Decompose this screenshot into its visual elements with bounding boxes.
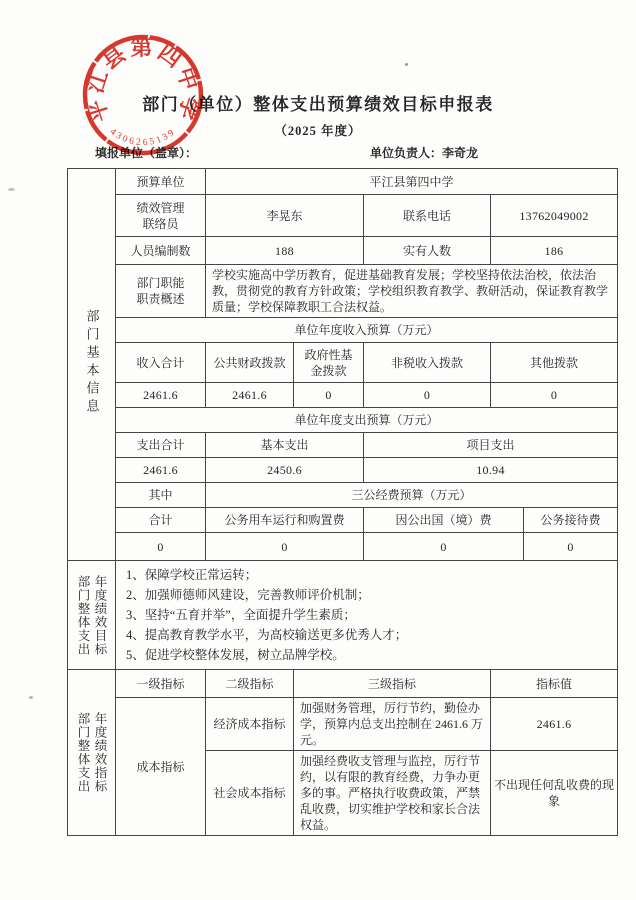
year-subtitle: （2025 年度） xyxy=(0,121,636,139)
phone-value: 13762049002 xyxy=(491,195,618,237)
scan-speck xyxy=(29,696,33,699)
sangong-section-header: 三公经费预算（万元） xyxy=(206,483,618,508)
goal-item: 3、坚持“五育并举”，全面提升学生素质； xyxy=(126,605,607,625)
goals-list: 1、保障学校正常运转； 2、加强师德师风建设，完善教师评价机制； 3、坚持“五育… xyxy=(116,561,618,670)
scan-speck xyxy=(405,63,408,66)
indicator-header-level3: 三级指标 xyxy=(294,670,491,698)
goals-label-line2: 年度绩效目标 xyxy=(92,575,108,656)
duty-label: 部门职能 职责概述 xyxy=(116,265,206,318)
expense-value-basic: 2450.6 xyxy=(206,458,364,483)
sangong-value-reception: 0 xyxy=(524,533,618,561)
sangong-col-abroad: 因公出国（境）费 xyxy=(364,508,524,533)
goal-item: 5、促进学校整体发展，树立品牌学校。 xyxy=(126,645,607,665)
budget-unit-value: 平江县第四中学 xyxy=(206,169,618,195)
expense-col-basic: 基本支出 xyxy=(206,433,364,458)
staff-actual-value: 186 xyxy=(491,237,618,265)
indicator-header-level2: 二级指标 xyxy=(206,670,294,698)
indicators-label-line1: 部门整体支出 xyxy=(75,712,91,793)
document-page: 部门（单位）整体支出预算绩效目标申报表 （2025 年度） 填报单位（盖章）： … xyxy=(0,0,636,900)
income-section-header: 单位年度收入预算（万元） xyxy=(116,318,618,343)
expense-col-project: 项目支出 xyxy=(364,433,618,458)
sangong-value-vehicle: 0 xyxy=(206,533,364,561)
income-value-public-finance: 2461.6 xyxy=(206,383,294,408)
indicator-header-value: 指标值 xyxy=(491,670,618,698)
section-annual-indicators: 部门整体支出 年度绩效指标 xyxy=(68,670,116,836)
sangong-col-vehicle: 公务用车运行和购置费 xyxy=(206,508,364,533)
section-basic-info-label: 部门基本信息 xyxy=(84,309,100,417)
duty-text: 学校实施高中学历教育，促进基础教育发展；学校坚持依法治校，依法治教，贯彻党的教育… xyxy=(206,265,618,318)
sangong-value-total: 0 xyxy=(116,533,206,561)
unit-leader-label: 单位负责人：李奇龙 xyxy=(370,144,478,161)
declaration-table: 部门基本信息 预算单位 平江县第四中学 绩效管理 联络员 李晃东 联系电话 13… xyxy=(67,168,618,836)
staff-quota-label: 人员编制数 xyxy=(116,237,206,265)
goals-label-line1: 部门整体支出 xyxy=(75,575,91,656)
indicator-header-level1: 一级指标 xyxy=(116,670,206,698)
page-title: 部门（单位）整体支出预算绩效目标申报表 xyxy=(0,90,636,115)
among-label: 其中 xyxy=(116,483,206,508)
expense-value-total: 2461.6 xyxy=(116,458,206,483)
indicators-label-line2: 年度绩效指标 xyxy=(92,712,108,793)
income-col-nontax: 非税收入拨款 xyxy=(364,343,491,383)
indicator-value-economic: 2461.6 xyxy=(491,698,618,751)
phone-label: 联系电话 xyxy=(364,195,491,237)
goal-item: 4、提高教育教学水平，为高校输送更多优秀人才； xyxy=(126,625,607,645)
sangong-col-total: 合计 xyxy=(116,508,206,533)
income-value-gov-fund: 0 xyxy=(294,383,364,408)
indicator-level3-social: 加强经费收支管理与监控，厉行节约，以有限的教育经费，力争办更多的事。严格执行收费… xyxy=(294,751,491,836)
indicator-level2-social: 社会成本指标 xyxy=(206,751,294,836)
coordinator-label: 绩效管理 联络员 xyxy=(116,195,206,237)
income-value-other: 0 xyxy=(491,383,618,408)
indicator-level3-economic: 加强财务管理，厉行节约，勤俭办学，预算内总支出控制在 2461.6 万元。 xyxy=(294,698,491,751)
income-col-gov-fund: 政府性基 金拨款 xyxy=(294,343,364,383)
goal-item: 1、保障学校正常运转； xyxy=(126,565,607,585)
income-value-total: 2461.6 xyxy=(116,383,206,408)
sangong-value-abroad: 0 xyxy=(364,533,524,561)
scan-speck xyxy=(340,309,342,311)
income-col-public-finance: 公共财政拨款 xyxy=(206,343,294,383)
income-value-nontax: 0 xyxy=(364,383,491,408)
income-col-other: 其他拨款 xyxy=(491,343,618,383)
section-annual-goals: 部门整体支出 年度绩效目标 xyxy=(68,561,116,670)
indicator-level1-cost: 成本指标 xyxy=(116,698,206,836)
goal-item: 2、加强师德师风建设，完善教师评价机制； xyxy=(126,585,607,605)
expense-value-project: 10.94 xyxy=(364,458,618,483)
indicator-value-social: 不出现任何乱收费的现象 xyxy=(491,751,618,836)
section-basic-info: 部门基本信息 xyxy=(68,169,116,561)
budget-unit-label: 预算单位 xyxy=(116,169,206,195)
coordinator-name: 李晃东 xyxy=(206,195,364,237)
expense-section-header: 单位年度支出预算（万元） xyxy=(116,408,618,433)
staff-actual-label: 实有人数 xyxy=(364,237,491,265)
income-col-total: 收入合计 xyxy=(116,343,206,383)
fill-unit-label: 填报单位（盖章）： xyxy=(95,144,197,161)
sangong-col-reception: 公务接待费 xyxy=(524,508,618,533)
staff-quota-value: 188 xyxy=(206,237,364,265)
indicator-level2-economic: 经济成本指标 xyxy=(206,698,294,751)
scan-speck xyxy=(8,188,15,191)
expense-col-total: 支出合计 xyxy=(116,433,206,458)
